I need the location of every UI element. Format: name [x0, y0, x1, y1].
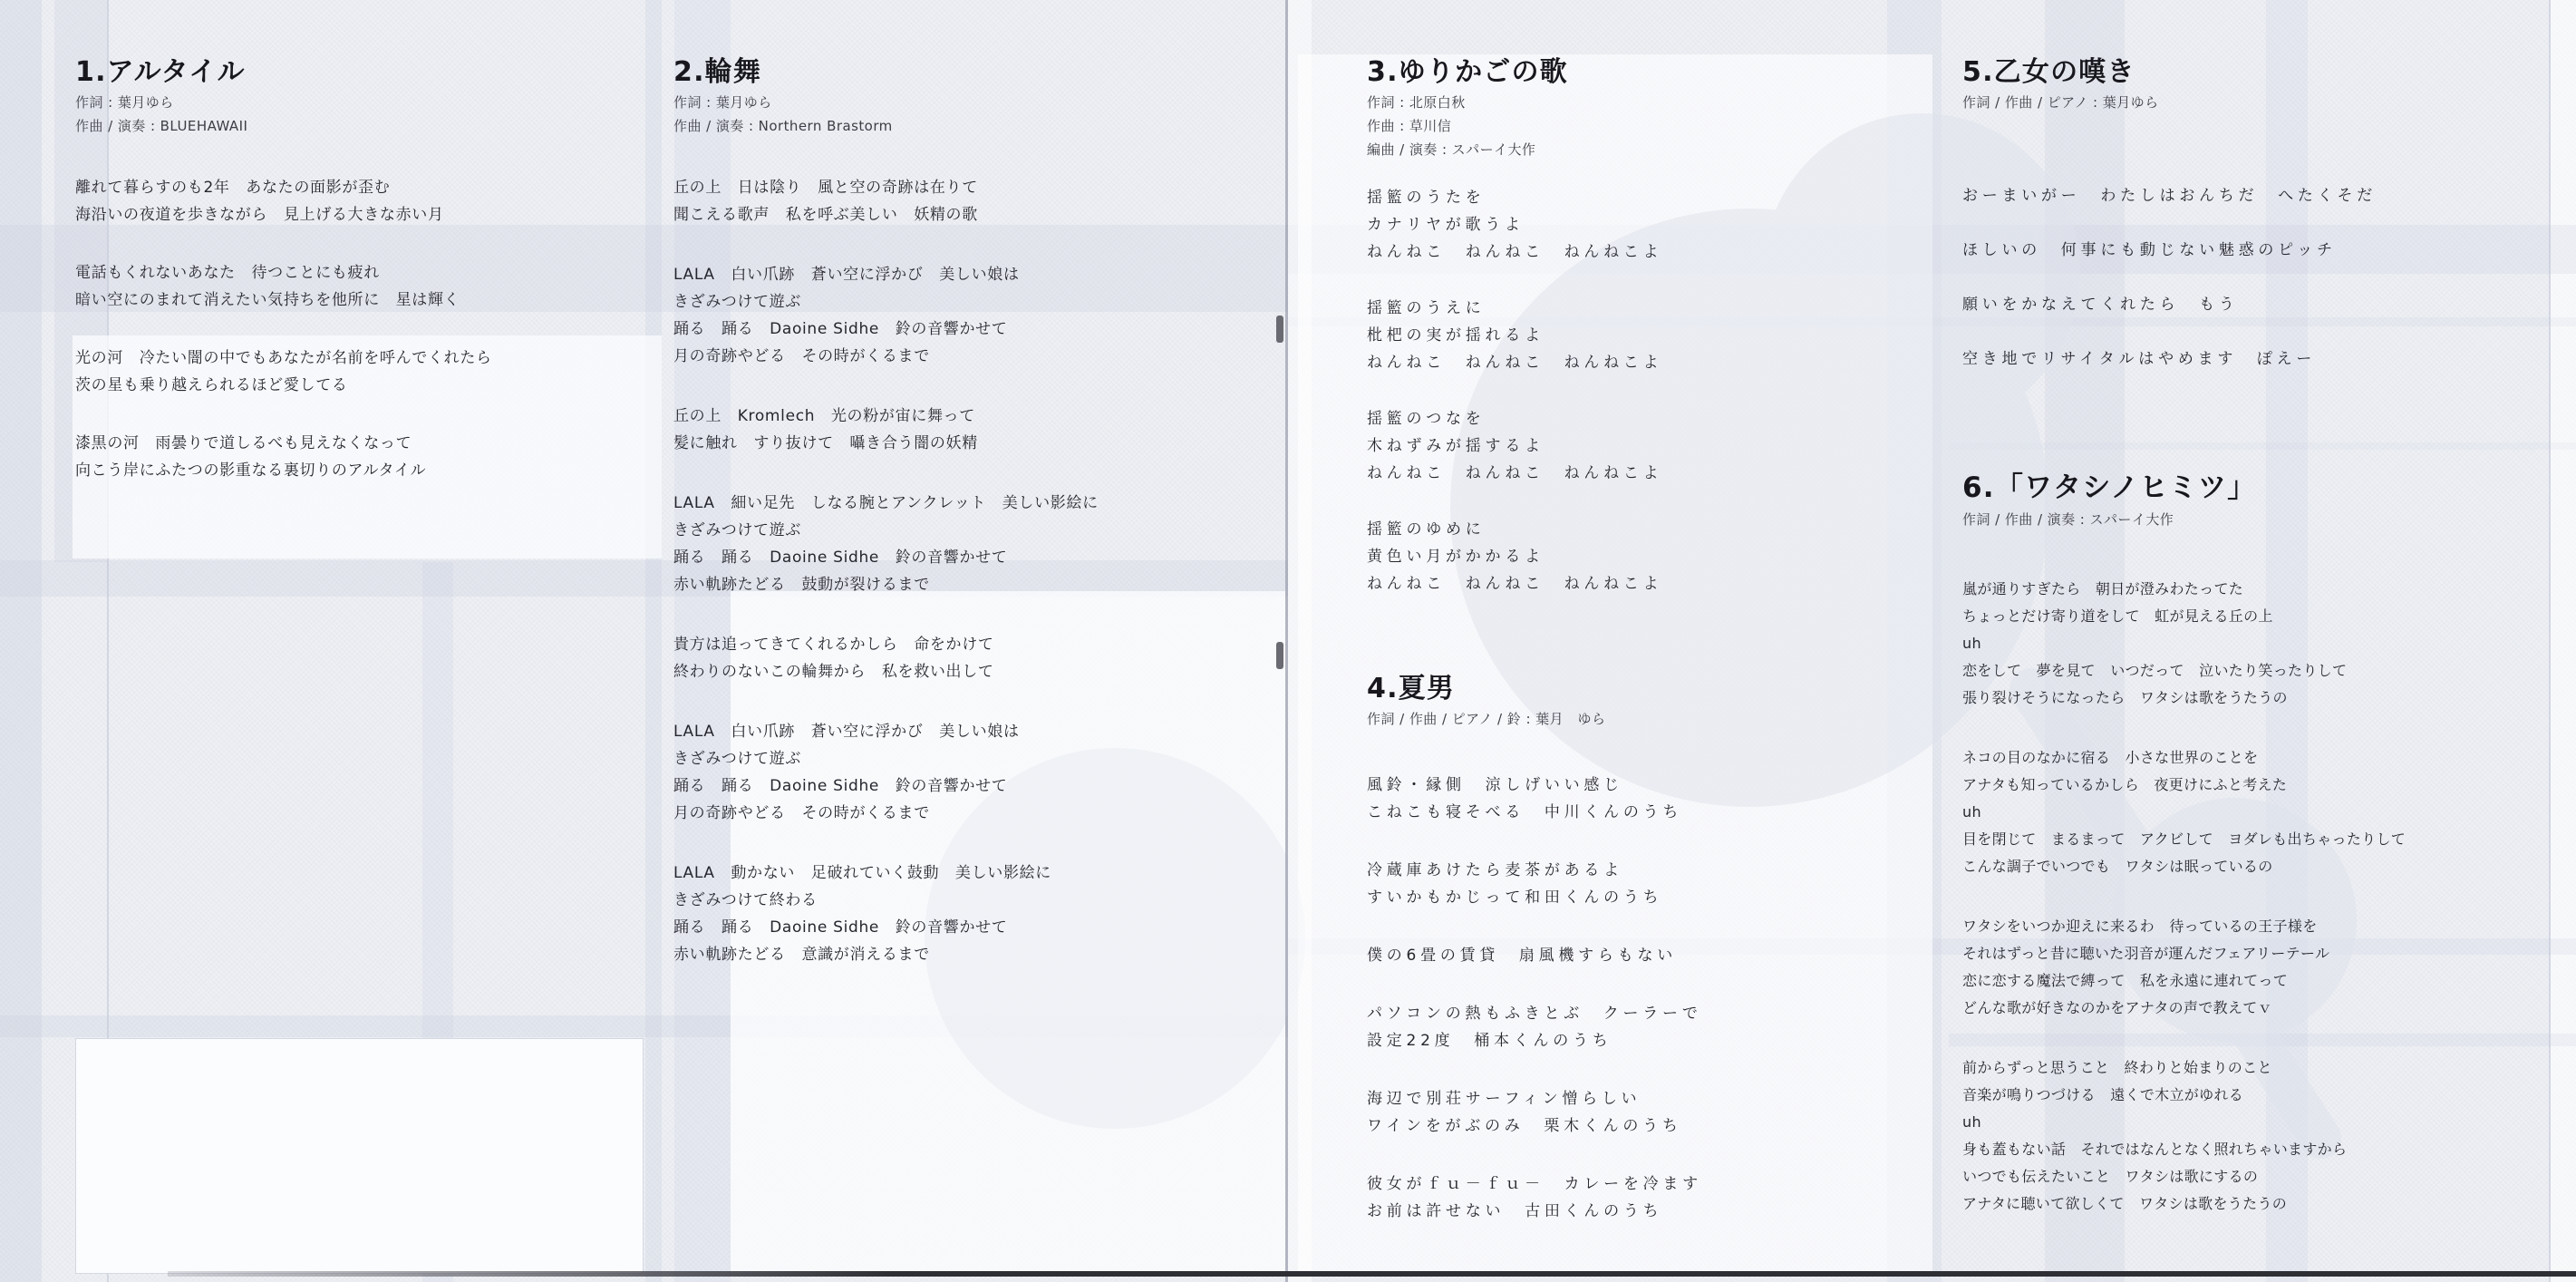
lyric-line: LALA 白い爪跡 蒼い空に浮かび 美しい娘は	[673, 718, 1099, 745]
song-block-5: 5.乙女の嘆き作詞 / 作曲 / ピアノ : 葉月ゆらおーまいがー わたしはおん…	[1962, 54, 2377, 400]
lyric-line: 恋をして 夢を見て いつだって 泣いたり笑ったりして	[1962, 657, 2406, 685]
lyric-line: 丘の上 Kromlech 光の粉が宙に舞って	[673, 403, 1099, 430]
lyric-line: 茨の星も乗り越えられるほど愛してる	[75, 372, 492, 399]
lyric-line: それはずっと昔に聴いた羽音が運んだフェアリーテール	[1962, 940, 2406, 967]
lyric-line: 設定22度 桶本くんのうち	[1367, 1027, 1702, 1054]
stanza: 離れて暮らすのも2年 あなたの面影が歪む海沿いの夜道を歩きながら 見上げる大きな…	[75, 174, 492, 228]
lyric-line: 月の奇跡やどる その時がくるまで	[673, 343, 1099, 370]
lyric-line: こねこも寝そべる 中川くんのうち	[1367, 799, 1702, 826]
song-title: 4.夏男	[1367, 671, 1702, 707]
lyric-line: 揺籃のゆめに	[1367, 516, 1662, 543]
lyric-line: 前からずっと思うこと 終わりと始まりのこと	[1962, 1054, 2406, 1082]
lyric-line: おーまいがー わたしはおんちだ へたくそだ	[1962, 182, 2377, 209]
song-credit-line: 作曲 : 草川信	[1367, 114, 1662, 138]
song-credit-line: 作詞 / 作曲 / 演奏 : スパーイ大作	[1962, 508, 2406, 531]
lyric-line: 空き地でリサイタルはやめます ぽえー	[1962, 345, 2377, 373]
lyric-line: 離れて暮らすのも2年 あなたの面影が歪む	[75, 174, 492, 201]
lyric-line: ねんねこ ねんねこ ねんねこよ	[1367, 238, 1662, 266]
page-edge-strip	[2551, 0, 2576, 1282]
lyric-line: 赤い軌跡たどる 意識が消えるまで	[673, 941, 1099, 968]
stanza: 願いをかなえてくれたら もう	[1962, 291, 2377, 318]
song-credit-line: 作詞 : 葉月ゆら	[75, 91, 492, 114]
lyric-line: uh	[1962, 630, 2406, 657]
lyric-line: 恋に恋する魔法で縛って 私を永遠に連れてって	[1962, 967, 2406, 995]
lyric-line: 木ねずみが揺するよ	[1367, 432, 1662, 460]
lyric-line: ネコの目のなかに宿る 小さな世界のことを	[1962, 744, 2406, 772]
lyric-line: 音楽が鳴りつづける 遠くで木立がゆれる	[1962, 1082, 2406, 1109]
song-credit-line: 作詞 : 葉月ゆら	[673, 91, 1099, 114]
lyric-line: 風鈴・縁側 涼しげいい感じ	[1367, 772, 1702, 799]
lyric-line: ワインをがぶのみ 栗木くんのうち	[1367, 1112, 1702, 1140]
lyric-line: 光の河 冷たい闇の中でもあなたが名前を呼んでくれたら	[75, 345, 492, 372]
lyric-line: きざみつけて遊ぶ	[673, 745, 1099, 772]
song-block-2: 2.輪舞作詞 : 葉月ゆら作曲 / 演奏 : Northern Brastorm…	[673, 54, 1099, 1001]
song-title: 3.ゆりかごの歌	[1367, 54, 1662, 91]
booklet-lyrics-spread: 1.アルタイル作詞 : 葉月ゆら作曲 / 演奏 : BLUEHAWAII離れて暮…	[0, 0, 2576, 1282]
song-title: 5.乙女の嘆き	[1962, 54, 2377, 91]
lyric-line: 終わりのないこの輪舞から 私を救い出して	[673, 658, 1099, 685]
song-credit-line: 作詞 / 作曲 / ピアノ : 葉月ゆら	[1962, 91, 2377, 114]
lyric-line: 赤い軌跡たどる 鼓動が裂けるまで	[673, 571, 1099, 598]
spacer	[75, 138, 76, 174]
spacer	[1367, 161, 1368, 184]
lyric-line: 僕の6畳の賃貸 扇風機すらもない	[1367, 942, 1702, 969]
lyric-line: きざみつけて遊ぶ	[673, 288, 1099, 316]
plaid-band-vertical	[645, 0, 662, 1282]
lyric-line: 月の奇跡やどる その時がくるまで	[673, 800, 1099, 827]
lyric-line: どんな歌が好きなのかをアナタの声で教えてｖ	[1962, 995, 2406, 1022]
song-credit-line: 作詞 : 北原白秋	[1367, 91, 1662, 114]
stanza: おーまいがー わたしはおんちだ へたくそだ	[1962, 182, 2377, 209]
lyric-line: 電話もくれないあなた 待つことにも疲れ	[75, 259, 492, 287]
lyric-line: すいかもかじって和田くんのうち	[1367, 884, 1702, 911]
lyric-line: ねんねこ ねんねこ ねんねこよ	[1367, 460, 1662, 487]
song-block-4: 4.夏男作詞 / 作曲 / ピアノ / 鈴 : 葉月 ゆら風鈴・縁側 涼しげいい…	[1367, 671, 1702, 1256]
lyric-line: パソコンの熱もふきとぶ クーラーで	[1367, 1000, 1702, 1027]
lyric-line: 張り裂けそうになったら ワタシは歌をうたうの	[1962, 685, 2406, 712]
lyric-line: 海沿いの夜道を歩きながら 見上げる大きな赤い月	[75, 201, 492, 228]
stanza: 丘の上 Kromlech 光の粉が宙に舞って髪に触れ すり抜けて 囁き合う闇の妖…	[673, 403, 1099, 457]
lyric-line: 暗い空にのまれて消えたい気持ちを他所に 星は輝く	[75, 287, 492, 314]
stanza: ほしいの 何事にも動じない魅惑のピッチ	[1962, 237, 2377, 264]
lyric-line: 枇杷の実が揺れるよ	[1367, 322, 1662, 349]
lyric-line: 身も蓋もない話 それではなんとなく照れちゃいますから	[1962, 1136, 2406, 1163]
lyric-line: 揺籃のうえに	[1367, 295, 1662, 322]
stanza: 嵐が通りすぎたら 朝日が澄みわたってたちょっとだけ寄り道をして 虹が見える丘の上…	[1962, 576, 2406, 712]
stanza: 揺籃のうたをカナリヤが歌うよねんねこ ねんねこ ねんねこよ	[1367, 184, 1662, 266]
song-block-1: 1.アルタイル作詞 : 葉月ゆら作曲 / 演奏 : BLUEHAWAII離れて暮…	[75, 54, 492, 515]
stanza: LALA 白い爪跡 蒼い空に浮かび 美しい娘はきざみつけて遊ぶ踊る 踊る Dao…	[673, 261, 1099, 370]
stanza: 揺籃のつなを木ねずみが揺するよねんねこ ねんねこ ねんねこよ	[1367, 405, 1662, 487]
lyric-line: アナタも知っているかしら 夜更けにふと考えた	[1962, 772, 2406, 799]
lyric-line: 貴方は追ってきてくれるかしら 命をかけて	[673, 631, 1099, 658]
song-title: 2.輪舞	[673, 54, 1099, 91]
stanza: 揺籃のゆめに黄色い月がかかるよねんねこ ねんねこ ねんねこよ	[1367, 516, 1662, 597]
lyric-line: 黄色い月がかかるよ	[1367, 543, 1662, 570]
plaid-band-vertical	[0, 0, 42, 1282]
lyric-line: LALA 動かない 足破れていく鼓動 美しい影絵に	[673, 860, 1099, 887]
spine-highlight	[1288, 0, 1312, 1282]
lyric-line: 踊る 踊る Daoine Sidhe 鈴の音響かせて	[673, 316, 1099, 343]
song-credit-line: 編曲 / 演奏 : スパーイ大作	[1367, 138, 1662, 161]
stitch-mark	[1276, 642, 1283, 669]
lyric-line: カナリヤが歌うよ	[1367, 211, 1662, 238]
lyric-line: アナタに聴いて欲しくて ワタシは歌をうたうの	[1962, 1190, 2406, 1218]
lyric-line: 嵐が通りすぎたら 朝日が澄みわたってた	[1962, 576, 2406, 603]
spacer	[1962, 531, 1963, 576]
stitch-mark	[1276, 316, 1283, 343]
spacer	[1367, 731, 1368, 772]
stanza: ネコの目のなかに宿る 小さな世界のことをアナタも知っているかしら 夜更けにふと考…	[1962, 744, 2406, 880]
lyric-line: uh	[1962, 1109, 2406, 1136]
stanza: 彼女がｆｕ－ｆｕ－ カレーを冷ますお前は許せない 古田くんのうち	[1367, 1170, 1702, 1225]
stanza: LALA 動かない 足破れていく鼓動 美しい影絵にきざみつけて終わる踊る 踊る …	[673, 860, 1099, 968]
lyric-line: 彼女がｆｕ－ｆｕ－ カレーを冷ます	[1367, 1170, 1702, 1198]
song-credit-line: 作詞 / 作曲 / ピアノ / 鈴 : 葉月 ゆら	[1367, 707, 1702, 731]
lyric-line: ワタシをいつか迎えに来るわ 待っているの王子様を	[1962, 913, 2406, 940]
lyric-line: 揺籃のつなを	[1367, 405, 1662, 432]
stanza: 冷蔵庫あけたら麦茶があるよすいかもかじって和田くんのうち	[1367, 857, 1702, 911]
stanza: 空き地でリサイタルはやめます ぽえー	[1962, 345, 2377, 373]
lyric-line: 聞こえる歌声 私を呼ぶ美しい 妖精の歌	[673, 201, 1099, 228]
lyric-line: ほしいの 何事にも動じない魅惑のピッチ	[1962, 237, 2377, 264]
lyric-line: 丘の上 日は陰り 風と空の奇跡は在りて	[673, 174, 1099, 201]
spacer	[673, 138, 674, 174]
song-credit-line: 作曲 / 演奏 : BLUEHAWAII	[75, 114, 492, 138]
lyric-line: ちょっとだけ寄り道をして 虹が見える丘の上	[1962, 603, 2406, 630]
lyric-line: きざみつけて遊ぶ	[673, 517, 1099, 544]
lyric-line: きざみつけて終わる	[673, 887, 1099, 914]
lyric-line: いつでも伝えたいこと ワタシは歌にするの	[1962, 1163, 2406, 1190]
lyric-line: 目を閉じて まるまって アクビして ヨダレも出ちゃったりして	[1962, 826, 2406, 853]
song-block-3: 3.ゆりかごの歌作詞 : 北原白秋作曲 : 草川信編曲 / 演奏 : スパーイ大…	[1367, 54, 1662, 626]
stanza: 貴方は追ってきてくれるかしら 命をかけて終わりのないこの輪舞から 私を救い出して	[673, 631, 1099, 685]
stanza: 風鈴・縁側 涼しげいい感じこねこも寝そべる 中川くんのうち	[1367, 772, 1702, 826]
stanza: 丘の上 日は陰り 風と空の奇跡は在りて聞こえる歌声 私を呼ぶ美しい 妖精の歌	[673, 174, 1099, 228]
lyric-line: LALA 白い爪跡 蒼い空に浮かび 美しい娘は	[673, 261, 1099, 288]
stanza: 光の河 冷たい闇の中でもあなたが名前を呼んでくれたら茨の星も乗り越えられるほど愛…	[75, 345, 492, 399]
stanza: 揺籃のうえに枇杷の実が揺れるよねんねこ ねんねこ ねんねこよ	[1367, 295, 1662, 376]
stanza: 海辺で別荘サーフィン憎らしいワインをがぶのみ 栗木くんのうち	[1367, 1085, 1702, 1140]
stanza: LALA 白い爪跡 蒼い空に浮かび 美しい娘はきざみつけて遊ぶ踊る 踊る Dao…	[673, 718, 1099, 827]
lyric-line: 揺籃のうたを	[1367, 184, 1662, 211]
stanza: 前からずっと思うこと 終わりと始まりのこと音楽が鳴りつづける 遠くで木立がゆれる…	[1962, 1054, 2406, 1218]
lyric-line: お前は許せない 古田くんのうち	[1367, 1198, 1702, 1225]
spacer	[1962, 114, 1963, 182]
song-credit-line: 作曲 / 演奏 : Northern Brastorm	[673, 114, 1099, 138]
lyric-line: 冷蔵庫あけたら麦茶があるよ	[1367, 857, 1702, 884]
lyric-line: 踊る 踊る Daoine Sidhe 鈴の音響かせて	[673, 544, 1099, 571]
lyric-line: 願いをかなえてくれたら もう	[1962, 291, 2377, 318]
lyric-line: 踊る 踊る Daoine Sidhe 鈴の音響かせて	[673, 772, 1099, 800]
stanza: パソコンの熱もふきとぶ クーラーで設定22度 桶本くんのうち	[1367, 1000, 1702, 1054]
song-title: 6.「ワタシノヒミツ」	[1962, 468, 2406, 508]
song-block-6: 6.「ワタシノヒミツ」作詞 / 作曲 / 演奏 : スパーイ大作嵐が通りすぎたら…	[1962, 468, 2406, 1250]
stanza: 僕の6畳の賃貸 扇風機すらもない	[1367, 942, 1702, 969]
plaid-band-horizontal	[1949, 442, 2576, 450]
lyric-line: 海辺で別荘サーフィン憎らしい	[1367, 1085, 1702, 1112]
song-title: 1.アルタイル	[75, 54, 492, 91]
lyric-line: 漆黒の河 雨曇りで道しるべも見えなくなって	[75, 430, 492, 457]
lyric-line: LALA 細い足先 しなる腕とアンクレット 美しい影絵に	[673, 490, 1099, 517]
stanza: 漆黒の河 雨曇りで道しるべも見えなくなって向こう岸にふたつの影重なる裏切りのアル…	[75, 430, 492, 484]
lyric-line: 向こう岸にふたつの影重なる裏切りのアルタイル	[75, 457, 492, 484]
stanza: 電話もくれないあなた 待つことにも疲れ暗い空にのまれて消えたい気持ちを他所に 星…	[75, 259, 492, 314]
lyric-line: 髪に触れ すり抜けて 囁き合う闇の妖精	[673, 430, 1099, 457]
lyric-line: 踊る 踊る Daoine Sidhe 鈴の音響かせて	[673, 914, 1099, 941]
lyric-line: ねんねこ ねんねこ ねんねこよ	[1367, 349, 1662, 376]
stanza: ワタシをいつか迎えに来るわ 待っているの王子様をそれはずっと昔に聴いた羽音が運ん…	[1962, 913, 2406, 1022]
white-panel	[75, 1038, 644, 1274]
lyric-line: こんな調子でいつでも ワタシは眠っているの	[1962, 853, 2406, 880]
stanza: LALA 細い足先 しなる腕とアンクレット 美しい影絵にきざみつけて遊ぶ踊る 踊…	[673, 490, 1099, 598]
lyric-line: ねんねこ ねんねこ ねんねこよ	[1367, 570, 1662, 597]
lyric-line: uh	[1962, 799, 2406, 826]
scanner-edge-line	[168, 1271, 2576, 1277]
